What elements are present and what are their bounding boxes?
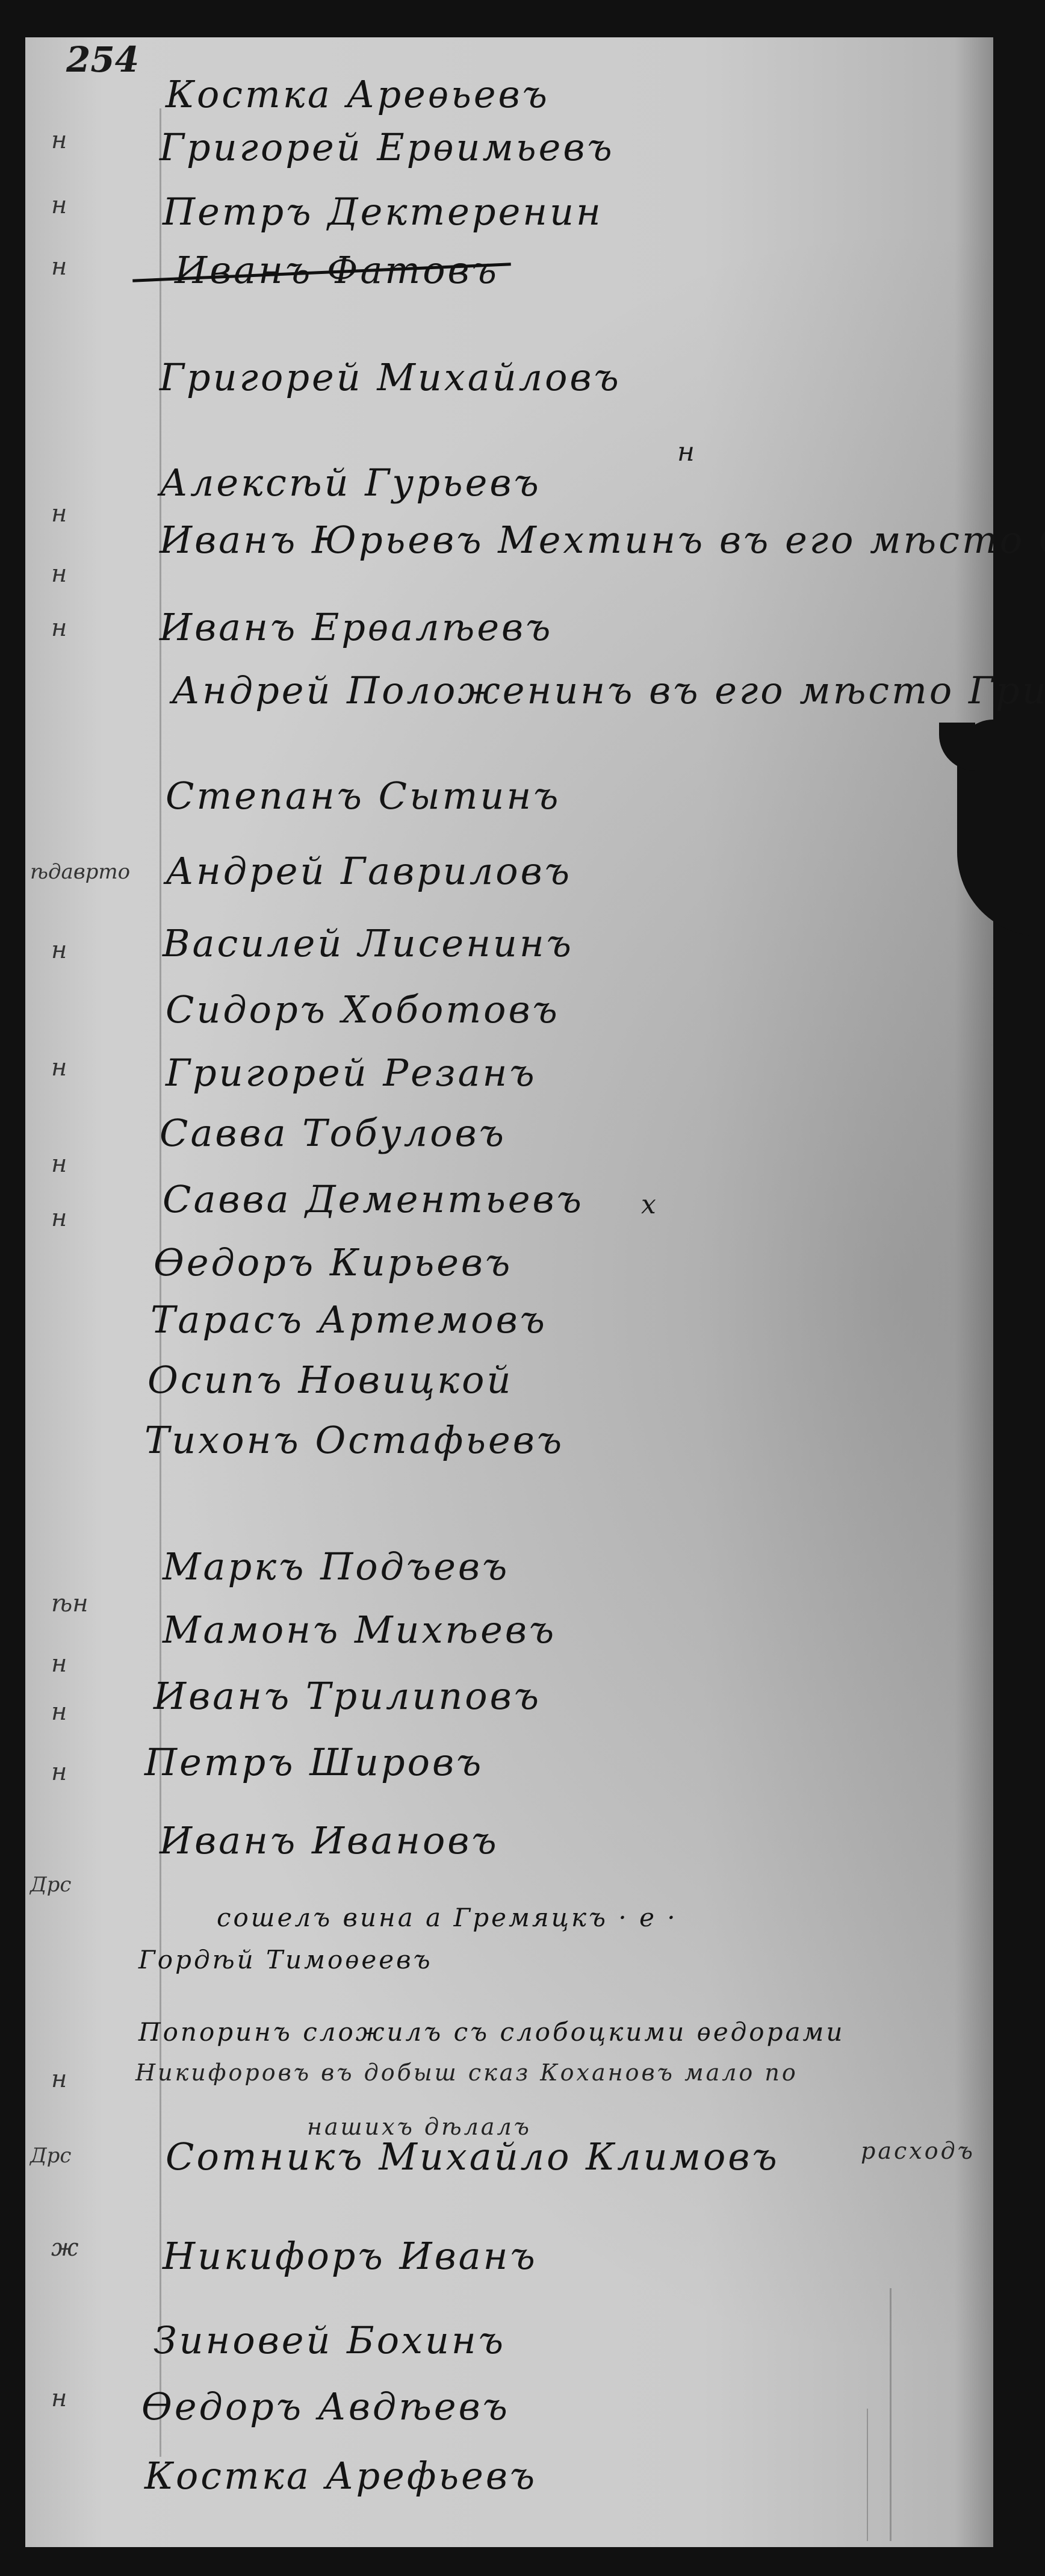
list-entry: Тарасъ Артемовъ [150,1298,547,1342]
list-entry: Иванъ Трилиповъ [153,1674,541,1718]
list-entry: Иванъ Ивановъ [160,1818,499,1862]
list-entry: Петръ Дектеренин [163,190,603,234]
margin-mark: Дрс [30,2144,71,2168]
list-entry: Григорей Резанъ [166,1051,537,1095]
list-entry: Савва Дементьевъ [163,1177,584,1221]
list-entry: Андрей Гавриловъ [166,849,572,893]
margin-mark: ѣдаврто [30,860,130,884]
side-mark: н [677,437,695,467]
folio-number: 254 [66,39,139,80]
list-entry: Попоринъ сложилъ съ слобоцкими ѳедорами [138,2017,845,2047]
margin-mark: н [51,1204,67,1232]
margin-mark: н [51,1054,67,1081]
list-entry: Иванъ Ерѳалѣевъ [160,605,553,649]
margin-mark: н [51,2065,67,2093]
side-mark: х [641,1189,656,1220]
list-entry: Иванъ Юрьевъ Мехтинъ въ его мѣсто Ѳедоръ… [160,518,1045,562]
list-entry: Маркъ Подъевъ [163,1545,509,1588]
list-entry: Андрей Положенинъ въ его мѣсто Григорей … [172,668,1045,712]
list-entry: Василей Лисенинъ [163,921,574,965]
list-entry: Алексѣй Гурьевъ [160,461,541,505]
margin-mark: н [51,936,67,964]
list-entry: Савва Тобуловъ [160,1111,506,1155]
margin-mark: н [51,253,67,281]
list-entry: сошелъ вина а Гремяцкъ · е · [217,1903,678,1932]
list-entry: Мамонъ Михѣевъ [163,1608,556,1652]
list-entry: Никифоровъ въ добыш сказ Кохановъ мало п… [135,2059,798,2086]
list-entry: Гордѣй Тимоѳеевъ [138,1945,433,1974]
margin-mark: н [51,126,67,154]
list-entry: Петръ Шировъ [144,1740,483,1784]
margin-mark: н [51,614,67,642]
margin-mark: н [51,500,67,527]
list-entry: Никифоръ Иванъ [163,2234,538,2278]
list-entry: Тихонъ Остафьевъ [144,1418,564,1462]
list-entry: Ѳедоръ Авдѣевъ [141,2385,510,2428]
list-entry: расходъ [861,2138,975,2164]
list-entry: Григорей Михайловъ [160,355,621,399]
list-entry: Костка Ареѳьевъ [166,72,550,116]
margin-mark: Дрс [30,1873,71,1897]
margin-mark: н [51,560,67,588]
margin-mark: ж [51,2234,78,2262]
vertical-guide-line-right-2 [867,2409,868,2541]
margin-mark: н [51,1650,67,1678]
margin-mark: н [51,1758,67,1786]
list-entry: Зиновей Бохинъ [153,2318,506,2362]
vertical-guide-line-right [890,2288,892,2541]
list-entry: Ѳедоръ Кирьевъ [153,1240,512,1284]
list-entry: Сотникъ Михайло Климовъ [166,2135,780,2179]
struck-entry: Иванъ Фатовъ [175,248,499,292]
list-entry: Степанъ Сытинъ [166,774,561,818]
margin-mark: н [51,2385,67,2412]
list-entry: Осипъ Новицкой [147,1358,513,1402]
margin-mark: н [51,1698,67,1726]
list-entry: Григорей Ерѳимьевъ [160,125,615,169]
margin-mark: ѣн [51,1590,88,1617]
list-entry: Костка Арефьевъ [144,2454,537,2498]
margin-mark: н [51,191,67,219]
margin-mark: н [51,1150,67,1178]
list-entry: Сидоръ Хоботовъ [166,988,560,1031]
